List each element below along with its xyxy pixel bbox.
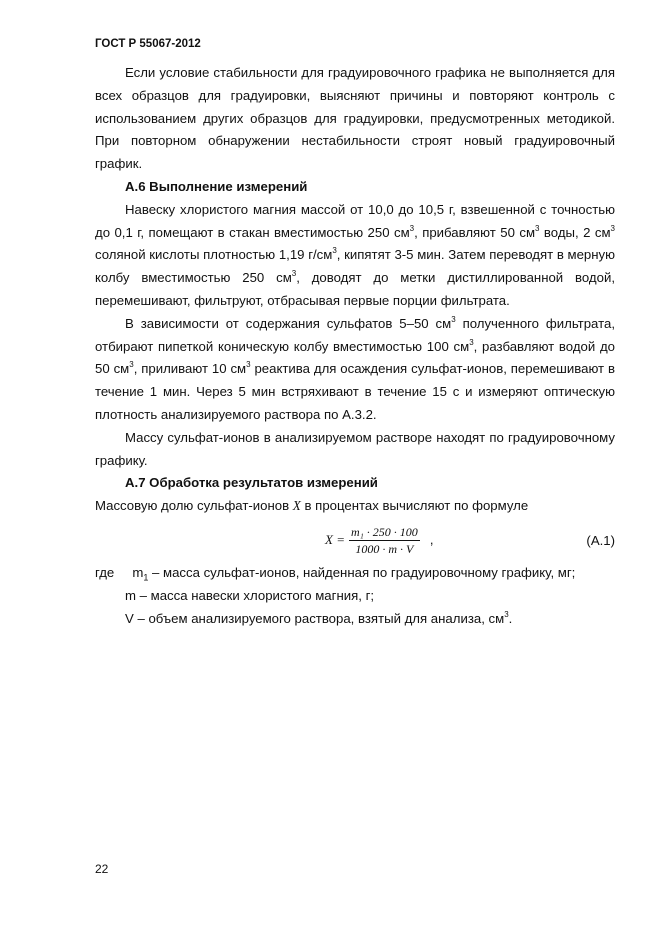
formula-number: (А.1) [586, 530, 615, 553]
formula-lhs: X = [325, 529, 345, 552]
paragraph-sample-prep: Навеску хлористого магния массой от 10,0… [95, 199, 615, 313]
section-heading-a6: А.6 Выполнение измерений [95, 176, 615, 199]
paragraph-measurement: В зависимости от содержания сульфатов 5–… [95, 313, 615, 427]
paragraph-stability: Если условие стабильности для градуирово… [95, 62, 615, 176]
paragraph-formula-intro: Массовую долю сульфат-ионов X в процента… [95, 495, 615, 518]
formula-denominator: 1000 · m · V [353, 541, 415, 557]
section-heading-a7: А.7 Обработка результатов измерений [95, 472, 615, 495]
formula-numerator: m₁ · 250 · 100 [349, 524, 420, 541]
formula-a1: X = m₁ · 250 · 100 1000 · m · V , (А.1) [95, 518, 615, 562]
where-m: m – масса навески хлористого магния, г; [95, 585, 615, 608]
page-number: 22 [95, 862, 108, 876]
where-m1: где m1 – масса сульфат-ионов, найденная … [95, 562, 615, 585]
page-content: Если условие стабильности для градуирово… [95, 62, 615, 630]
paragraph-mass: Массу сульфат-ионов в анализируемом раст… [95, 427, 615, 473]
where-v: V – объем анализируемого раствора, взяты… [95, 608, 615, 631]
document-header: ГОСТ Р 55067-2012 [95, 38, 201, 50]
